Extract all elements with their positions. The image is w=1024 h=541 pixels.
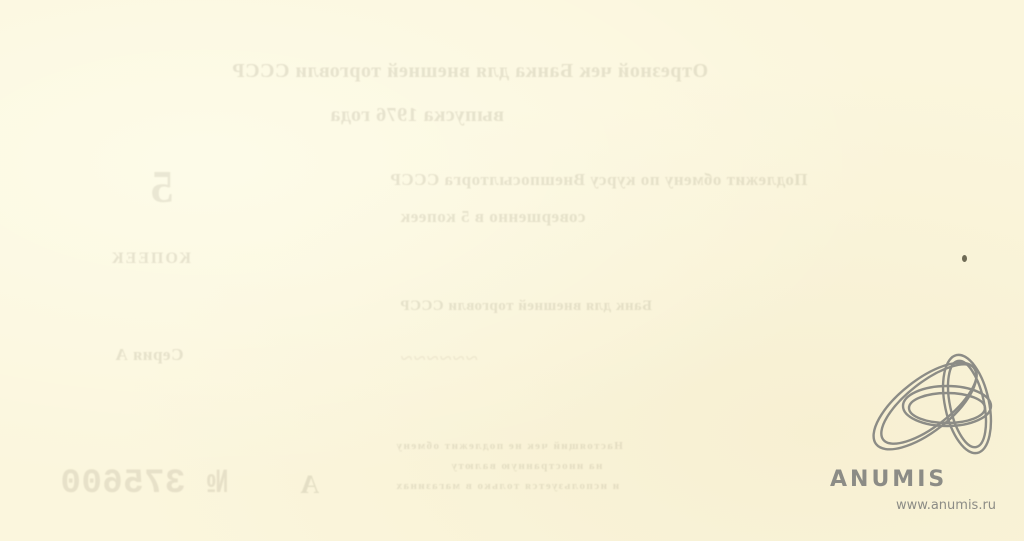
- body-line-3: Банк для внешней торговли СССР: [400, 298, 652, 315]
- body-line-2: совершенно в 5 копеек: [400, 207, 585, 227]
- anumis-rings-icon: [863, 348, 1003, 463]
- header-line-1: Отрезной чек Банка для внешней торговли …: [120, 60, 820, 83]
- serial-number: № 375600: [60, 465, 227, 503]
- series-letter: А: [300, 470, 319, 500]
- footer-line-3: и используется только в магазинах: [395, 480, 619, 492]
- series-label: Серия А: [115, 345, 184, 365]
- header-line-2: выпуска 1976 года: [330, 104, 504, 127]
- paper-speck: [962, 255, 967, 262]
- footer-line-1: Настоящий чек не подлежит обмену: [395, 440, 623, 452]
- anumis-watermark: ANUMIS www.anumis.ru: [828, 348, 1008, 513]
- denomination-unit: КОПЕЕК: [110, 250, 191, 268]
- footer-line-2: на иностранную валюту: [450, 460, 602, 472]
- denomination-value: 5: [150, 160, 174, 213]
- body-line-1: Подлежит обмену по курсу Внешпосылторга …: [390, 170, 808, 190]
- watermark-url: www.anumis.ru: [828, 498, 1008, 513]
- watermark-name: ANUMIS: [828, 467, 1008, 492]
- signature: ~~~~~~: [400, 345, 478, 371]
